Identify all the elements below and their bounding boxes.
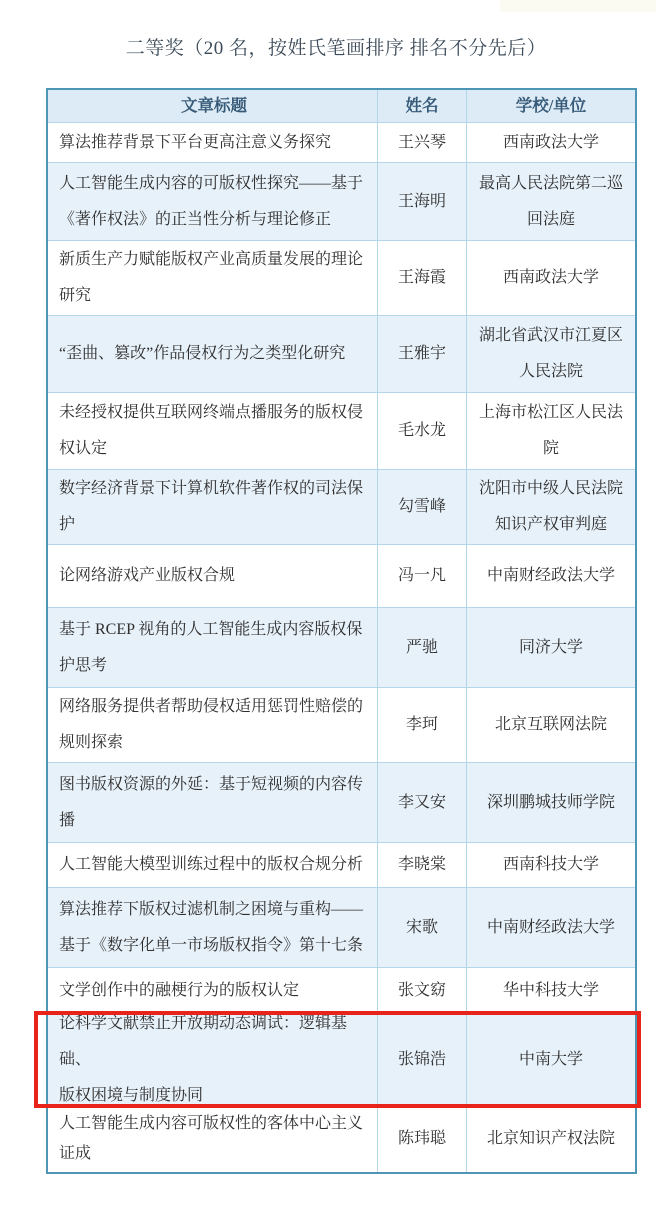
cell-author-name-text: 李又安 bbox=[398, 785, 446, 821]
page-title: 二等奖（20 名，按姓氏笔画排序 排名不分先后） bbox=[0, 33, 672, 60]
cell-author-name: 宋歌 bbox=[378, 888, 467, 967]
cell-article-title: “歪曲、篡改”作品侵权行为之类型化研究 bbox=[48, 316, 378, 392]
cell-organization-text: 西南政法大学 bbox=[503, 260, 599, 296]
cell-organization-text: 最高人民法院第二巡 回法庭 bbox=[479, 166, 623, 238]
cell-author-name-text: 张文窈 bbox=[398, 973, 446, 1009]
cell-article-title-text: 图书版权资源的外延：基于短视频的内容传 播 bbox=[59, 767, 363, 839]
cell-article-title: 数字经济背景下计算机软件著作权的司法保 护 bbox=[48, 470, 378, 544]
table-header-row: 文章标题姓名学校/单位 bbox=[48, 90, 635, 122]
cell-organization: 沈阳市中级人民法院 知识产权审判庭 bbox=[467, 470, 635, 544]
cell-organization-text: 深圳鹏城技师学院 bbox=[487, 785, 615, 821]
cell-organization-text: 中南财经政法大学 bbox=[487, 558, 615, 594]
cell-article-title-text: 论科学文献禁止开放期动态调试：逻辑基础、 版权困境与制度协同 bbox=[59, 1006, 369, 1114]
cell-article-title-text: 文学创作中的融梗行为的版权认定 bbox=[59, 973, 299, 1009]
cell-organization: 中南财经政法大学 bbox=[467, 888, 635, 967]
cell-author-name-text: 王海霞 bbox=[398, 260, 446, 296]
cell-author-name-text: 王海明 bbox=[398, 184, 446, 220]
cell-article-title-text: 基于 RCEP 视角的人工智能生成内容版权保 护思考 bbox=[59, 612, 362, 684]
cell-author-name-text: 张锦浩 bbox=[398, 1042, 446, 1078]
cell-article-title: 人工智能大模型训练过程中的版权合规分析 bbox=[48, 843, 378, 887]
column-header-title: 文章标题 bbox=[48, 90, 378, 122]
table-row: 人工智能生成内容的可版权性探究——基于 《著作权法》的正当性分析与理论修正王海明… bbox=[48, 162, 635, 240]
cell-article-title: 论网络游戏产业版权合规 bbox=[48, 545, 378, 607]
cell-organization: 中南财经政法大学 bbox=[467, 545, 635, 607]
cell-organization-text: 西南政法大学 bbox=[503, 125, 599, 161]
cell-author-name-text: 严驰 bbox=[406, 630, 438, 666]
cell-organization-text: 中南大学 bbox=[519, 1042, 583, 1078]
cell-article-title: 算法推荐下版权过滤机制之困境与重构—— 基于《数字化单一市场版权指令》第十七条 bbox=[48, 888, 378, 967]
cell-organization: 湖北省武汉市江夏区 人民法院 bbox=[467, 316, 635, 392]
cell-author-name: 李晓棠 bbox=[378, 843, 467, 887]
cell-organization-text: 西南科技大学 bbox=[503, 847, 599, 883]
cell-author-name-text: 勾雪峰 bbox=[398, 489, 446, 525]
cell-organization-text: 北京知识产权法院 bbox=[487, 1124, 615, 1154]
cell-article-title-text: 算法推荐背景下平台更高注意义务探究 bbox=[59, 125, 331, 161]
cell-organization-text: 湖北省武汉市江夏区 人民法院 bbox=[479, 318, 623, 390]
cell-author-name: 王兴琴 bbox=[378, 123, 467, 162]
table-row: 新质生产力赋能版权产业高质量发展的理论 研究王海霞西南政法大学 bbox=[48, 240, 635, 315]
table-row: 网络服务提供者帮助侵权适用惩罚性赔偿的 规则探索李珂北京互联网法院 bbox=[48, 687, 635, 762]
column-header-name: 姓名 bbox=[378, 90, 467, 122]
cell-organization: 西南政法大学 bbox=[467, 123, 635, 162]
cell-organization-text: 沈阳市中级人民法院 知识产权审判庭 bbox=[479, 471, 623, 543]
cell-article-title-text: 人工智能生成内容的可版权性探究——基于 《著作权法》的正当性分析与理论修正 bbox=[59, 166, 363, 238]
cell-author-name-text: 毛水龙 bbox=[398, 413, 446, 449]
table-row: “歪曲、篡改”作品侵权行为之类型化研究王雅宇湖北省武汉市江夏区 人民法院 bbox=[48, 315, 635, 392]
cell-author-name: 王海明 bbox=[378, 163, 467, 240]
table-row: 未经授权提供互联网终端点播服务的版权侵 权认定毛水龙上海市松江区人民法 院 bbox=[48, 392, 635, 469]
cell-organization-text: 上海市松江区人民法 院 bbox=[479, 395, 623, 467]
column-header-title-text: 文章标题 bbox=[181, 88, 247, 124]
column-header-org: 学校/单位 bbox=[467, 90, 635, 122]
cell-author-name-text: 冯一凡 bbox=[398, 558, 446, 594]
table-row: 论科学文献禁止开放期动态调试：逻辑基础、 版权困境与制度协同张锦浩中南大学 bbox=[48, 1014, 635, 1105]
cell-article-title: 人工智能生成内容可版权性的客体中心主义 证成 bbox=[48, 1106, 378, 1172]
table-row: 论网络游戏产业版权合规冯一凡中南财经政法大学 bbox=[48, 544, 635, 607]
cell-organization: 中南大学 bbox=[467, 1015, 635, 1105]
cell-organization-text: 华中科技大学 bbox=[503, 973, 599, 1009]
cell-organization-text: 北京互联网法院 bbox=[495, 707, 607, 743]
cell-article-title-text: 算法推荐下版权过滤机制之困境与重构—— 基于《数字化单一市场版权指令》第十七条 bbox=[59, 892, 363, 964]
cell-article-title: 图书版权资源的外延：基于短视频的内容传 播 bbox=[48, 763, 378, 842]
cell-organization: 北京互联网法院 bbox=[467, 688, 635, 762]
column-header-name-text: 姓名 bbox=[406, 88, 439, 124]
cell-author-name: 张文窈 bbox=[378, 968, 467, 1014]
cell-author-name: 勾雪峰 bbox=[378, 470, 467, 544]
cell-author-name: 李珂 bbox=[378, 688, 467, 762]
cell-organization: 最高人民法院第二巡 回法庭 bbox=[467, 163, 635, 240]
cell-organization: 西南科技大学 bbox=[467, 843, 635, 887]
cell-author-name: 冯一凡 bbox=[378, 545, 467, 607]
cell-article-title: 论科学文献禁止开放期动态调试：逻辑基础、 版权困境与制度协同 bbox=[48, 1015, 378, 1105]
cell-organization-text: 同济大学 bbox=[519, 630, 583, 666]
table-row: 人工智能生成内容可版权性的客体中心主义 证成陈玮聪北京知识产权法院 bbox=[48, 1105, 635, 1172]
cell-article-title: 基于 RCEP 视角的人工智能生成内容版权保 护思考 bbox=[48, 608, 378, 687]
cell-author-name: 王雅宇 bbox=[378, 316, 467, 392]
cell-article-title-text: 新质生产力赋能版权产业高质量发展的理论 研究 bbox=[59, 242, 363, 314]
cell-article-title: 网络服务提供者帮助侵权适用惩罚性赔偿的 规则探索 bbox=[48, 688, 378, 762]
cell-article-title: 未经授权提供互联网终端点播服务的版权侵 权认定 bbox=[48, 393, 378, 469]
cell-organization: 深圳鹏城技师学院 bbox=[467, 763, 635, 842]
cell-article-title-text: 人工智能大模型训练过程中的版权合规分析 bbox=[59, 847, 363, 883]
awards-table: 文章标题姓名学校/单位算法推荐背景下平台更高注意义务探究王兴琴西南政法大学人工智… bbox=[46, 88, 637, 1174]
cell-article-title-text: “歪曲、篡改”作品侵权行为之类型化研究 bbox=[59, 336, 345, 372]
cell-organization-text: 中南财经政法大学 bbox=[487, 910, 615, 946]
cell-author-name-text: 宋歌 bbox=[406, 910, 438, 946]
cell-author-name: 王海霞 bbox=[378, 241, 467, 315]
cell-organization: 上海市松江区人民法 院 bbox=[467, 393, 635, 469]
table-row: 算法推荐下版权过滤机制之困境与重构—— 基于《数字化单一市场版权指令》第十七条宋… bbox=[48, 887, 635, 967]
cell-author-name: 严驰 bbox=[378, 608, 467, 687]
cell-author-name: 张锦浩 bbox=[378, 1015, 467, 1105]
cell-author-name: 陈玮聪 bbox=[378, 1106, 467, 1172]
cell-organization: 华中科技大学 bbox=[467, 968, 635, 1014]
cell-article-title-text: 未经授权提供互联网终端点播服务的版权侵 权认定 bbox=[59, 395, 363, 467]
cell-article-title-text: 数字经济背景下计算机软件著作权的司法保 护 bbox=[59, 471, 363, 543]
cell-article-title: 新质生产力赋能版权产业高质量发展的理论 研究 bbox=[48, 241, 378, 315]
cell-article-title: 人工智能生成内容的可版权性探究——基于 《著作权法》的正当性分析与理论修正 bbox=[48, 163, 378, 240]
cell-article-title-text: 网络服务提供者帮助侵权适用惩罚性赔偿的 规则探索 bbox=[59, 689, 363, 761]
cell-author-name: 毛水龙 bbox=[378, 393, 467, 469]
cell-author-name-text: 李珂 bbox=[406, 707, 438, 743]
cell-author-name-text: 王雅宇 bbox=[398, 336, 446, 372]
table-row: 人工智能大模型训练过程中的版权合规分析李晓棠西南科技大学 bbox=[48, 842, 635, 887]
top-right-artifact bbox=[500, 0, 656, 12]
cell-article-title: 算法推荐背景下平台更高注意义务探究 bbox=[48, 123, 378, 162]
cell-author-name-text: 王兴琴 bbox=[398, 125, 446, 161]
cell-author-name-text: 李晓棠 bbox=[398, 847, 446, 883]
table-row: 图书版权资源的外延：基于短视频的内容传 播李又安深圳鹏城技师学院 bbox=[48, 762, 635, 842]
cell-article-title-text: 人工智能生成内容可版权性的客体中心主义 证成 bbox=[59, 1109, 363, 1169]
table-row: 数字经济背景下计算机软件著作权的司法保 护勾雪峰沈阳市中级人民法院 知识产权审判… bbox=[48, 469, 635, 544]
cell-organization: 西南政法大学 bbox=[467, 241, 635, 315]
cell-author-name-text: 陈玮聪 bbox=[398, 1124, 446, 1154]
cell-author-name: 李又安 bbox=[378, 763, 467, 842]
table-row: 基于 RCEP 视角的人工智能生成内容版权保 护思考严驰同济大学 bbox=[48, 607, 635, 687]
table-row: 算法推荐背景下平台更高注意义务探究王兴琴西南政法大学 bbox=[48, 122, 635, 162]
column-header-org-text: 学校/单位 bbox=[516, 88, 587, 124]
cell-article-title-text: 论网络游戏产业版权合规 bbox=[59, 558, 235, 594]
cell-organization: 北京知识产权法院 bbox=[467, 1106, 635, 1172]
cell-organization: 同济大学 bbox=[467, 608, 635, 687]
